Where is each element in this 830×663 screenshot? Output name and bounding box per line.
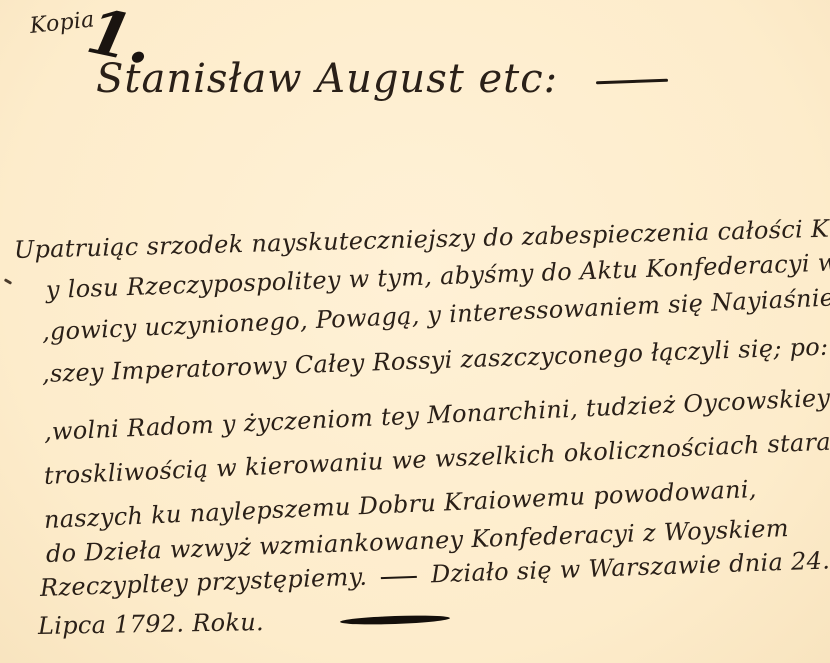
document-title: Stanisław August etc: [96, 56, 558, 102]
text-line-9-start: Rzeczypltey przystępiemy. [40, 563, 368, 602]
manuscript-page: Kopia 1. Stanisław August etc: Upatruiąc… [0, 0, 830, 663]
dated-clause: Działo się w Warszawie dnia 24. [430, 546, 830, 588]
date-line: Lipca 1792. Roku. [38, 608, 264, 640]
ink-mark [4, 278, 12, 285]
sentence-dash [381, 575, 417, 578]
title-flourish-dash [596, 79, 668, 85]
closing-flourish [340, 614, 450, 626]
copy-label-text: Kopia [29, 7, 96, 39]
copy-label: Kopia [29, 7, 96, 39]
